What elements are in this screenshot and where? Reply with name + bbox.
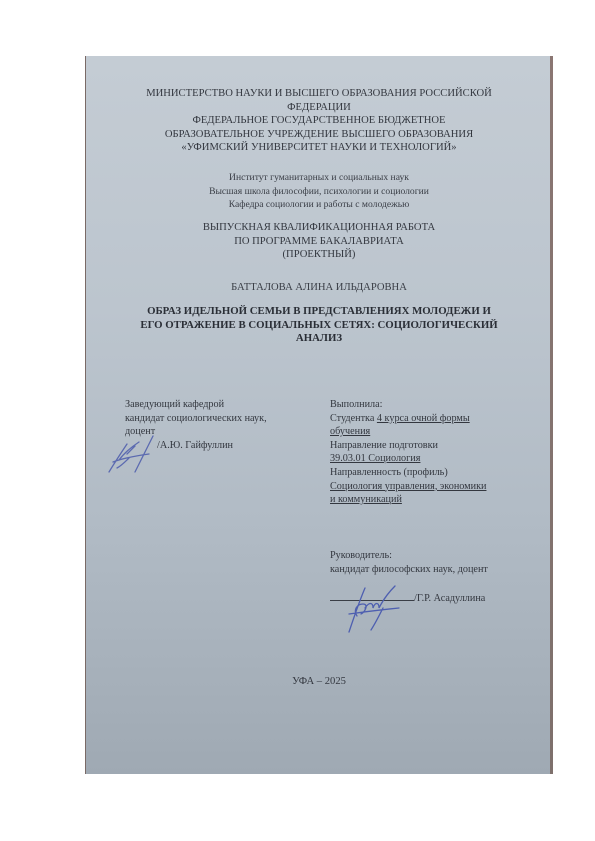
thesis-topic: ОБРАЗ ИДЕЛЬНОЙ СЕМЬИ В ПРЕДСТАВЛЕНИЯХ МО… [85, 305, 553, 346]
work-type-line: (ПРОЕКТНЫЙ) [85, 248, 553, 262]
city-year: УФА – 2025 [85, 676, 553, 687]
institute-line: Институт гуманитарных и социальных наук [85, 171, 553, 185]
supervisor-signature-icon [343, 580, 403, 636]
head-degree: кандидат социологических наук, [125, 412, 267, 426]
direction-value: 39.03.01 Социология [330, 452, 486, 466]
work-type-line: ВЫПУСКНАЯ КВАЛИФИКАЦИОННАЯ РАБОТА [85, 221, 553, 235]
supervisor-label: Руководитель: [330, 549, 488, 563]
header-line: МИНИСТЕРСТВО НАУКИ И ВЫСШЕГО ОБРАЗОВАНИЯ… [85, 87, 553, 101]
profile-label: Направленность (профиль) [330, 466, 486, 480]
header-line: ФЕДЕРАЛЬНОЕ ГОСУДАРСТВЕННОЕ БЮДЖЕТНОЕ [85, 114, 553, 128]
student-prefix: Студентка [330, 413, 377, 424]
work-type-line: ПО ПРОГРАММЕ БАКАЛАВРИАТА [85, 235, 553, 249]
school-line: Высшая школа философии, психологии и соц… [85, 185, 553, 199]
student-line: Студентка 4 курса очной формы [330, 412, 486, 426]
performer-label: Выполнила: [330, 398, 486, 412]
direction-label: Направление подготовки [330, 439, 486, 453]
student-form: обучения [330, 425, 486, 439]
ministry-header: МИНИСТЕРСТВО НАУКИ И ВЫСШЕГО ОБРАЗОВАНИЯ… [85, 87, 553, 155]
department-line: Кафедра социологии и работы с молодежью [85, 198, 553, 212]
student-course: 4 курса очной формы [377, 413, 470, 424]
profile-value-cont: и коммуникаций [330, 493, 486, 507]
head-signature-icon [105, 432, 165, 478]
profile-value: Социология управления, экономики [330, 480, 486, 494]
work-type-block: ВЫПУСКНАЯ КВАЛИФИКАЦИОННАЯ РАБОТА ПО ПРО… [85, 221, 553, 262]
head-title: Заведующий кафедрой [125, 398, 267, 412]
supervisor-degree: кандидат философских наук, доцент [330, 563, 488, 577]
topic-line: АНАЛИЗ [85, 332, 553, 346]
topic-line: ЕГО ОТРАЖЕНИЕ В СОЦИАЛЬНЫХ СЕТЯХ: СОЦИОЛ… [85, 319, 553, 333]
performer-block: Выполнила: Студентка 4 курса очной формы… [330, 398, 486, 507]
topic-line: ОБРАЗ ИДЕЛЬНОЙ СЕМЬИ В ПРЕДСТАВЛЕНИЯХ МО… [85, 305, 553, 319]
author-name: БАТТАЛОВА АЛИНА ИЛЬДАРОВНА [85, 282, 553, 293]
header-line: ОБРАЗОВАТЕЛЬНОЕ УЧРЕЖДЕНИЕ ВЫСШЕГО ОБРАЗ… [85, 128, 553, 142]
institution-block: Институт гуманитарных и социальных наук … [85, 171, 553, 212]
header-line: ФЕДЕРАЦИИ [85, 101, 553, 115]
title-page-sheet: МИНИСТЕРСТВО НАУКИ И ВЫСШЕГО ОБРАЗОВАНИЯ… [85, 56, 553, 774]
header-line: «УФИМСКИЙ УНИВЕРСИТЕТ НАУКИ И ТЕХНОЛОГИЙ… [85, 141, 553, 155]
supervisor-name: /Г.Р. Асадуллина [414, 593, 485, 604]
